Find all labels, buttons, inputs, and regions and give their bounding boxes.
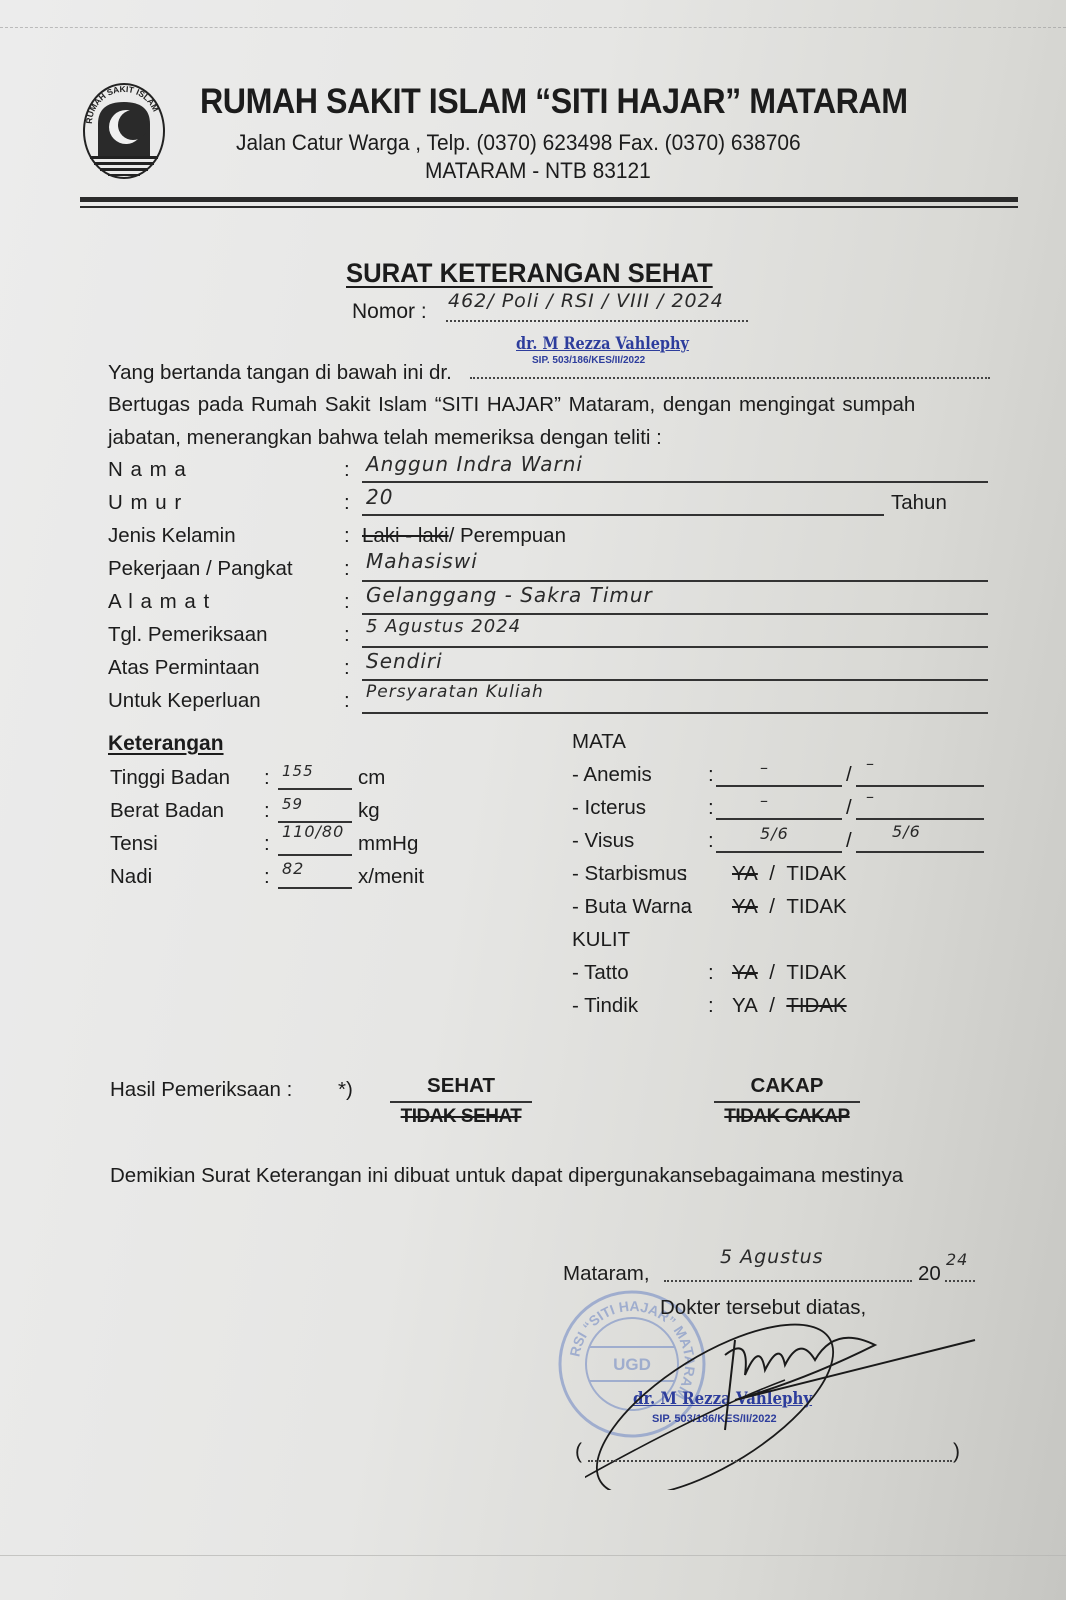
field-label-tgl-pemeriksaan: Tgl. Pemeriksaan <box>108 623 268 647</box>
field-label-untuk-keperluan: Untuk Keperluan <box>108 689 261 713</box>
signature-date-value: 5 Agustus <box>720 1246 824 1268</box>
value-berat-badan: 59 <box>282 795 303 813</box>
value-icterus-left: – <box>760 791 769 810</box>
value-nadi: 82 <box>282 859 304 878</box>
value-tinggi-badan: 155 <box>282 762 314 780</box>
field-value-atas-permintaan: Sendiri <box>366 649 443 673</box>
value-tensi: 110/80 <box>282 822 344 841</box>
option-tidak: TIDAK <box>786 895 846 918</box>
field-value-umur: 20 <box>366 485 393 509</box>
field-tensi[interactable] <box>278 854 352 856</box>
intro-line-1: Yang bertanda tangan di bawah ini dr. <box>108 361 452 385</box>
option-ya: YA <box>732 994 758 1017</box>
option-ya-struck: YA <box>732 961 758 984</box>
unit-mmhg: mmHg <box>358 832 418 856</box>
signature-name-field[interactable] <box>588 1448 952 1462</box>
hasil-pemeriksaan-label: Hasil Pemeriksaan : <box>110 1078 292 1102</box>
mata-heading: MATA <box>572 730 626 754</box>
label-anemis: - Anemis <box>572 763 652 787</box>
signature-place: Mataram, <box>563 1262 650 1286</box>
field-colon: : <box>344 656 350 680</box>
slash-divider: / <box>846 796 852 820</box>
field-colon: : <box>344 491 350 515</box>
result-tidak-sehat-struck[interactable]: TIDAK SEHAT <box>390 1106 532 1128</box>
field-colon: : <box>708 961 714 985</box>
field-colon: : <box>708 763 714 787</box>
field-jenis-kelamin[interactable]: Laki - laki/ Perempuan <box>362 524 566 548</box>
field-label-alamat: A l a m a t <box>108 590 210 614</box>
option-ya-struck: YA <box>732 862 758 885</box>
value-visus-left: 5/6 <box>760 824 789 843</box>
closing-statement: Demikian Surat Keterangan ini dibuat unt… <box>110 1164 903 1188</box>
field-colon: : <box>264 865 270 889</box>
field-visus-left[interactable] <box>716 851 842 853</box>
slash-divider: / <box>846 763 852 787</box>
label-visus: - Visus <box>572 829 634 853</box>
option-buta-warna[interactable]: YA / TIDAK <box>732 895 847 919</box>
signature-year-prefix: 20 <box>918 1262 941 1286</box>
field-icterus-left[interactable] <box>716 818 842 820</box>
field-value-tgl-pemeriksaan: 5 Agustus 2024 <box>366 616 521 637</box>
signature-title: Dokter tersebut diatas, <box>660 1296 866 1320</box>
unit-cm: cm <box>358 766 385 790</box>
doctor-signature-icon <box>585 1320 985 1490</box>
paper-fold-line <box>0 1555 1066 1556</box>
field-colon: : <box>682 862 688 886</box>
field-nama[interactable] <box>362 481 988 483</box>
nomor-label: Nomor : <box>352 300 427 324</box>
signature-date-field[interactable] <box>664 1266 912 1282</box>
field-visus-right[interactable] <box>856 851 984 853</box>
field-colon: : <box>682 895 688 919</box>
field-atas-permintaan[interactable] <box>362 679 988 681</box>
field-label-jenis-kelamin: Jenis Kelamin <box>108 524 236 548</box>
field-label-pekerjaan: Pekerjaan / Pangkat <box>108 557 293 581</box>
field-label-atas-permintaan: Atas Permintaan <box>108 656 260 680</box>
hospital-address: Jalan Catur Warga , Telp. (0370) 623498 … <box>236 130 801 156</box>
field-nadi[interactable] <box>278 887 352 889</box>
option-laki-laki-struck: Laki - laki <box>362 524 449 547</box>
field-tgl-pemeriksaan[interactable] <box>362 646 988 648</box>
option-perempuan: / Perempuan <box>449 524 566 547</box>
field-colon: : <box>708 796 714 820</box>
signature-paren-open: ( <box>575 1440 582 1464</box>
paper-top-edge <box>0 27 1066 28</box>
option-tatto[interactable]: YA / TIDAK <box>732 961 847 985</box>
field-label-umur: U m u r <box>108 491 182 515</box>
intro-line-2: Bertugas pada Rumah Sakit Islam “SITI HA… <box>108 393 915 417</box>
field-value-nama: Anggun Indra Warni <box>366 452 583 476</box>
field-colon: : <box>264 766 270 790</box>
field-value-pekerjaan: Mahasiswi <box>366 549 478 573</box>
option-starbismus[interactable]: YA / TIDAK <box>732 862 847 886</box>
field-label-nama: N a m a <box>108 458 187 482</box>
field-colon: : <box>264 832 270 856</box>
label-icterus: - Icterus <box>572 796 646 820</box>
field-colon: : <box>344 590 350 614</box>
header-divider <box>80 197 1018 202</box>
field-colon: : <box>344 689 350 713</box>
kulit-heading: KULIT <box>572 928 630 952</box>
doctor-stamp-sip: SIP. 503/186/KES/II/2022 <box>532 355 645 366</box>
value-anemis-left: – <box>760 758 769 777</box>
unit-kg: kg <box>358 799 380 823</box>
keterangan-heading: Keterangan <box>108 732 224 756</box>
nomor-value: 462/ Poli / RSI / VIII / 2024 <box>448 290 724 312</box>
option-tidak: TIDAK <box>786 862 846 885</box>
hasil-marker: *) <box>338 1078 353 1102</box>
field-icterus-right[interactable] <box>856 818 984 820</box>
option-ya-struck: YA <box>732 895 758 918</box>
unit-x-menit: x/menit <box>358 865 424 889</box>
field-anemis-right[interactable] <box>856 785 984 787</box>
doctor-name-field[interactable] <box>470 371 990 379</box>
slash-divider: / <box>846 829 852 853</box>
intro-line-3: jabatan, menerangkan bahwa telah memerik… <box>108 426 662 450</box>
label-nadi: Nadi <box>110 865 152 889</box>
signature-year-value: 24 <box>946 1250 968 1269</box>
field-colon: : <box>264 799 270 823</box>
option-tidak: TIDAK <box>786 961 846 984</box>
label-buta-warna: - Buta Warna <box>572 895 692 919</box>
hospital-name: RUMAH SAKIT ISLAM “SITI HAJAR” MATARAM <box>200 82 908 122</box>
field-colon: : <box>344 458 350 482</box>
result-sehat[interactable]: SEHAT <box>390 1074 532 1103</box>
field-colon: : <box>344 623 350 647</box>
field-colon: : <box>708 994 714 1018</box>
field-suffix-tahun: Tahun <box>891 491 947 515</box>
result-cakap[interactable]: CAKAP <box>714 1074 860 1103</box>
field-value-untuk-keperluan: Persyaratan Kuliah <box>366 682 544 702</box>
value-visus-right: 5/6 <box>892 822 921 841</box>
field-untuk-keperluan[interactable] <box>362 712 988 714</box>
result-tidak-cakap-struck[interactable]: TIDAK CAKAP <box>714 1106 860 1128</box>
label-tinggi-badan: Tinggi Badan <box>110 766 230 790</box>
signature-paren-close: ) <box>953 1440 960 1464</box>
label-tindik: - Tindik <box>572 994 638 1018</box>
field-alamat[interactable] <box>362 613 988 615</box>
label-tatto: - Tatto <box>572 961 629 985</box>
field-tinggi-badan[interactable] <box>278 788 352 790</box>
field-value-alamat: Gelanggang - Sakra Timur <box>366 583 653 607</box>
option-tindik[interactable]: YA / TIDAK <box>732 994 847 1018</box>
label-berat-badan: Berat Badan <box>110 799 224 823</box>
value-icterus-right: – <box>866 787 875 806</box>
option-tidak-struck: TIDAK <box>786 994 846 1017</box>
value-anemis-right: – <box>866 754 875 773</box>
document-title: SURAT KETERANGAN SEHAT <box>346 258 713 289</box>
header-divider-thin <box>80 206 1018 208</box>
doctor-stamp-name: dr. M Rezza Vahlephy <box>516 334 689 354</box>
label-tensi: Tensi <box>110 832 158 856</box>
field-pekerjaan[interactable] <box>362 580 988 582</box>
field-anemis-left[interactable] <box>716 785 842 787</box>
label-starbismus: - Starbismus <box>572 862 687 886</box>
field-colon: : <box>708 829 714 853</box>
hospital-city: MATARAM - NTB 83121 <box>425 158 651 184</box>
field-colon: : <box>344 557 350 581</box>
hospital-logo-icon: RUMAH SAKIT ISLAM <box>82 82 166 180</box>
field-colon: : <box>344 524 350 548</box>
field-umur[interactable] <box>362 514 884 516</box>
